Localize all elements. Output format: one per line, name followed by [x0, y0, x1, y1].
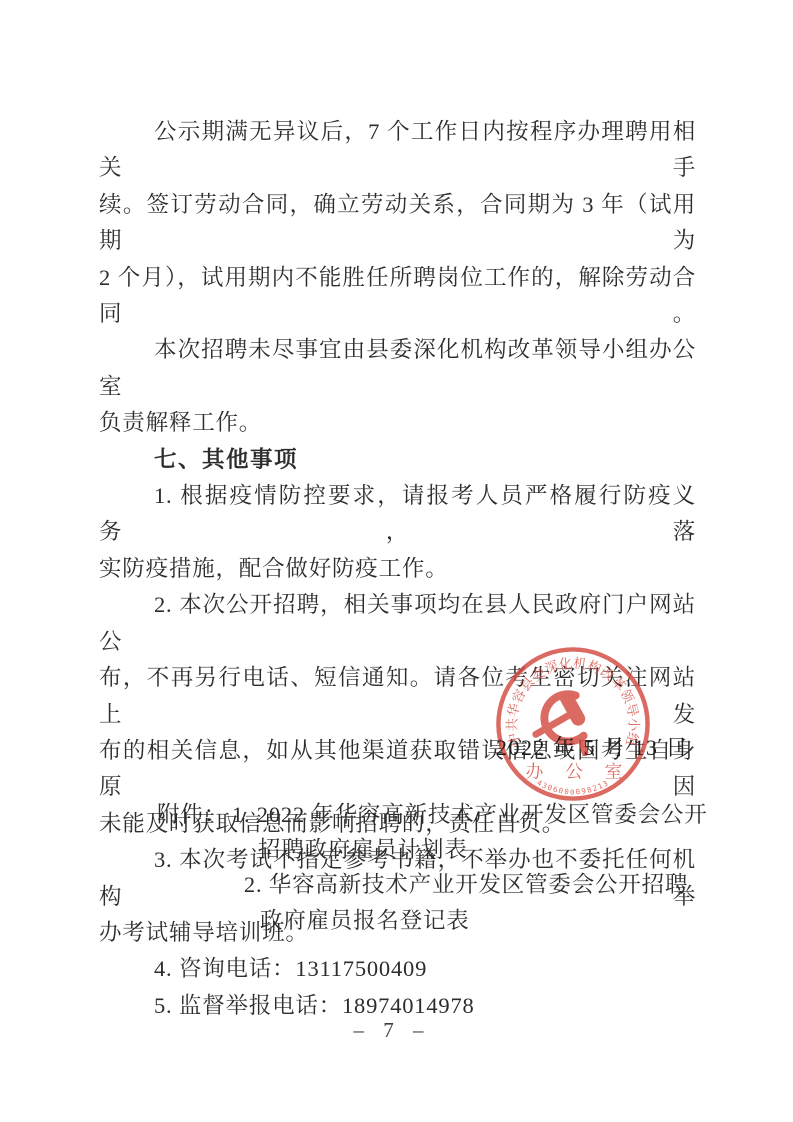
attachments-label: 附件：	[157, 797, 227, 832]
attachments-list: 1. 2022 年华容高新技术产业开发区管委会公开 招聘政府雇员计划表 2. 华…	[232, 797, 708, 938]
paragraph-line: 2 个月），试用期内不能胜任所聘岗位工作的，解除劳动合同。	[99, 260, 696, 333]
contact-phone-line: 4. 咨询电话：13117500409	[99, 951, 696, 987]
attachments-block: 附件： 1. 2022 年华容高新技术产业开发区管委会公开 招聘政府雇员计划表 …	[157, 797, 708, 938]
paragraph-line: 公示期满无异议后，7 个工作日内按程序办理聘用相关手	[99, 114, 696, 187]
list-item-line: 1. 根据疫情防控要求，请报考人员严格履行防疫义务，落	[99, 478, 696, 551]
seal-office-label: 办公室	[526, 761, 644, 781]
page-number: – 7 –	[0, 1018, 785, 1043]
list-item-line: 实防疫措施，配合做好防疫工作。	[99, 551, 696, 587]
paragraph-line: 负责解释工作。	[99, 405, 696, 441]
attachment-item-line: 政府雇员报名登记表	[232, 903, 708, 938]
document-date: 2022 年 5 月 13 日	[496, 731, 689, 762]
official-seal: 中共华容县委深化机构改革领导小组 办公室 4306000098213	[494, 645, 652, 803]
document-page: 公示期满无异议后，7 个工作日内按程序办理聘用相关手 续。签订劳动合同，确立劳动…	[0, 0, 793, 1122]
paragraph-line: 本次招聘未尽事宜由县委深化机构改革领导小组办公室	[99, 332, 696, 405]
attachment-item-line: 2. 华容高新技术产业开发区管委会公开招聘	[232, 867, 708, 902]
attachment-item-line: 招聘政府雇员计划表	[232, 832, 708, 867]
section-heading: 七、其他事项	[99, 442, 696, 478]
paragraph-line: 续。签订劳动合同，确立劳动关系，合同期为 3 年（试用期为	[99, 187, 696, 260]
